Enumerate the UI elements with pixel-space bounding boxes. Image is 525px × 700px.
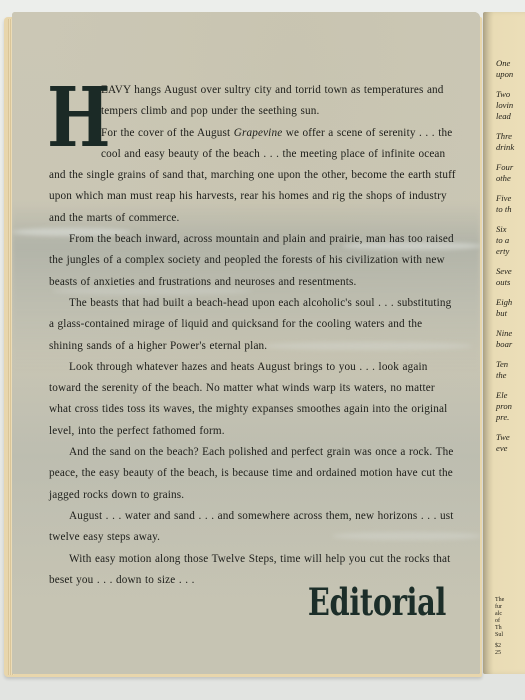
step-line: to th (496, 204, 514, 215)
paragraph-lead: HEAVY hangs August over sultry city and … (49, 80, 457, 123)
step-line: eve (496, 443, 514, 454)
paragraph: And the sand on the beach? Each polished… (49, 442, 457, 506)
small-print-line: of (495, 618, 504, 625)
step-line: othe (496, 173, 514, 184)
step-item: Elepronpre. (496, 390, 514, 423)
small-print-line: $2 (495, 643, 504, 650)
magazine-name: Grapevine (234, 127, 283, 139)
small-print-line: alc (495, 611, 504, 618)
step-line: upon (496, 69, 514, 80)
step-line: pre. (496, 412, 514, 423)
drop-cap: H (47, 82, 86, 164)
step-line: One (496, 58, 514, 69)
editorial-page: HEAVY hangs August over sultry city and … (12, 12, 480, 674)
step-line: Seve (496, 266, 514, 277)
step-item: Nineboar (496, 328, 514, 350)
section-title: Editorial (308, 580, 446, 624)
step-line: but (496, 308, 514, 319)
small-print-line: Sul (495, 632, 504, 639)
small-print-line: Th (495, 625, 504, 632)
step-line: Ten (496, 359, 514, 370)
step-line: to a (496, 235, 514, 246)
step-item: Twolovinlead (496, 89, 514, 122)
text-run: For the cover of the August (101, 127, 234, 139)
small-print-line: 25 (495, 650, 504, 657)
step-line: lovin (496, 100, 514, 111)
small-print: ThefuralcofThSul$225 (495, 597, 504, 657)
step-item: Seveouts (496, 266, 514, 288)
step-item: Fourothe (496, 162, 514, 184)
lead-text: EAVY hangs August over sultry city and t… (101, 84, 444, 117)
step-line: Twe (496, 432, 514, 443)
editorial-body: HEAVY hangs August over sultry city and … (49, 80, 457, 591)
twelve-steps-list: OneuponTwolovinleadThredrinkFourotheFive… (496, 58, 514, 463)
step-line: outs (496, 277, 514, 288)
paragraph: From the beach inward, across mountain a… (49, 229, 457, 293)
step-line: Eigh (496, 297, 514, 308)
step-line: the (496, 370, 514, 381)
step-line: drink (496, 142, 514, 153)
paragraph: August . . . water and sand . . . and so… (49, 506, 457, 549)
step-line: lead (496, 111, 514, 122)
step-item: Fiveto th (496, 193, 514, 215)
paragraph: The beasts that had built a beach-head u… (49, 293, 457, 357)
step-line: erty (496, 246, 514, 257)
step-line: Ele (496, 390, 514, 401)
step-item: Oneupon (496, 58, 514, 80)
step-item: Tenthe (496, 359, 514, 381)
step-item: Eighbut (496, 297, 514, 319)
step-line: Four (496, 162, 514, 173)
step-line: Nine (496, 328, 514, 339)
step-line: boar (496, 339, 514, 350)
facing-page: OneuponTwolovinleadThredrinkFourotheFive… (483, 12, 525, 674)
step-line: pron (496, 401, 514, 412)
step-line: Thre (496, 131, 514, 142)
step-line: Six (496, 224, 514, 235)
step-item: Thredrink (496, 131, 514, 153)
step-line: Five (496, 193, 514, 204)
small-print-line: The (495, 597, 504, 604)
step-item: Sixto aerty (496, 224, 514, 257)
small-print-line: fur (495, 604, 504, 611)
step-line: Two (496, 89, 514, 100)
paragraph: Look through whatever hazes and heats Au… (49, 357, 457, 442)
step-item: Tweeve (496, 432, 514, 454)
